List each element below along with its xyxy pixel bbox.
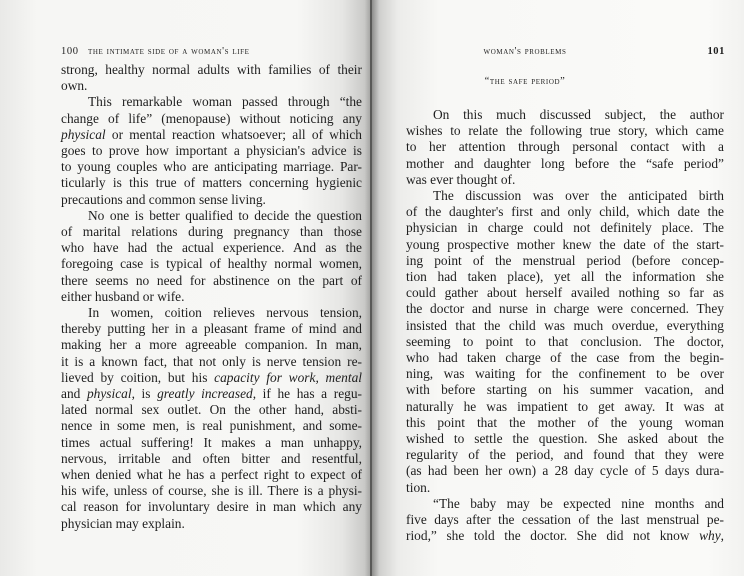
text-line: was ever thought of.: [406, 172, 724, 188]
text-line: who had taken charge of the case from th…: [406, 350, 724, 366]
text-line: the doctor and nurse in charge were conc…: [406, 301, 724, 317]
text-line: who have had the actual experience. And …: [61, 240, 362, 256]
text-line: precautions and common sense living.: [61, 192, 362, 208]
text-line: own.: [61, 78, 362, 94]
text-line: lated normal sex outlet. On the other ha…: [61, 402, 362, 418]
text-line: ticularly is this true of matters concer…: [61, 175, 362, 191]
text-line: change of life” (menopause) without noti…: [61, 111, 362, 127]
text-line: wished to settle the question. She asked…: [406, 431, 724, 447]
text-line: young prospective mother knew the date o…: [406, 237, 724, 253]
text-line: mother and daughter long before the “saf…: [406, 156, 724, 172]
text-line: five days after the cessation of the las…: [406, 512, 724, 528]
text-line: physician in charge could not definitely…: [406, 220, 724, 236]
text-line: of the daughter's first and only child, …: [406, 204, 724, 220]
text-line: foregoing case is typical of healthy nor…: [61, 256, 362, 272]
text-line: and physical, is greatly increased, if h…: [61, 386, 362, 402]
text-line: it is a known fact, that not only is ner…: [61, 354, 362, 370]
book-spine-gutter: [370, 0, 372, 576]
text-line: with before starting on his summer vacat…: [406, 382, 724, 398]
text-line: naturally he was impatient to get away. …: [406, 399, 724, 415]
text-line: goes to prove how important a physician'…: [61, 143, 362, 159]
text-line: thereby putting her in a pleasant frame …: [61, 321, 362, 337]
text-line: this point that the mother of the young …: [406, 415, 724, 431]
text-line: nence in some men, is real punishment, a…: [61, 418, 362, 434]
text-line: when denied what he has a perfect right …: [61, 467, 362, 483]
left-running-head: 100THE INTIMATE SIDE OF A WOMAN'S LIFE: [61, 46, 361, 57]
text-line: “The baby may be expected nine months an…: [406, 496, 724, 512]
book-spread: 100THE INTIMATE SIDE OF A WOMAN'S LIFE s…: [0, 0, 744, 576]
text-line: to young couples who are anticipating ma…: [61, 159, 362, 175]
text-line: riod,” she told the doctor. She did not …: [406, 528, 724, 544]
section-title: “THE SAFE PERIOD”: [400, 76, 650, 87]
text-line: could gather about herself availed nothi…: [406, 285, 724, 301]
text-line: wishes to relate the following true stor…: [406, 123, 724, 139]
text-line: strong, healthy normal adults with famil…: [61, 62, 362, 78]
text-line: physician may explain.: [61, 516, 362, 532]
right-page-number: 101: [707, 46, 725, 57]
text-line: seeming to point to that conclusion. The…: [406, 334, 724, 350]
text-line: times actual suffering! It makes a man u…: [61, 435, 362, 451]
text-line: ing point of the menstrual period (befor…: [406, 253, 724, 269]
text-line: to her attention through personal contac…: [406, 139, 724, 155]
text-line: lieved by coition, but his capacity for …: [61, 370, 362, 386]
text-line: insisted that the child was much overdue…: [406, 318, 724, 334]
right-running-head-title: WOMAN'S PROBLEMS: [400, 46, 650, 57]
text-line: ning, was waiting for the confinement to…: [406, 366, 724, 382]
left-page-body-text: strong, healthy normal adults with famil…: [61, 62, 362, 532]
text-line: making her a more agreeable companion. I…: [61, 337, 362, 353]
text-line: In women, coition relieves nervous tensi…: [61, 305, 362, 321]
left-running-head-title: THE INTIMATE SIDE OF A WOMAN'S LIFE: [88, 46, 250, 57]
left-page-number: 100: [61, 46, 88, 57]
text-line: regularity of the period, and found that…: [406, 447, 724, 463]
text-line: his wife, unless of course, she is ill. …: [61, 483, 362, 499]
text-line: tion.: [406, 480, 724, 496]
text-line: cal reason for involuntary desire in man…: [61, 499, 362, 515]
text-line: No one is better qualified to decide the…: [61, 208, 362, 224]
text-line: (as had been her own) a 28 day cycle of …: [406, 463, 724, 479]
text-line: either husband or wife.: [61, 289, 362, 305]
text-line: physical or mental reaction whatsoever; …: [61, 127, 362, 143]
right-page: WOMAN'S PROBLEMS 101 “THE SAFE PERIOD” O…: [372, 0, 744, 576]
text-line: On this much discussed subject, the auth…: [406, 107, 724, 123]
text-line: of marital relations during pregnancy th…: [61, 224, 362, 240]
text-line: This remarkable woman passed through “th…: [61, 94, 362, 110]
right-page-body-text: On this much discussed subject, the auth…: [406, 107, 724, 544]
text-line: there seems no need for abstinence on th…: [61, 273, 362, 289]
left-page: 100THE INTIMATE SIDE OF A WOMAN'S LIFE s…: [0, 0, 372, 576]
text-line: nervous, irritable and often bitter and …: [61, 451, 362, 467]
text-line: tion had taken place), yet all the infor…: [406, 269, 724, 285]
text-line: The discussion was over the anticipated …: [406, 188, 724, 204]
